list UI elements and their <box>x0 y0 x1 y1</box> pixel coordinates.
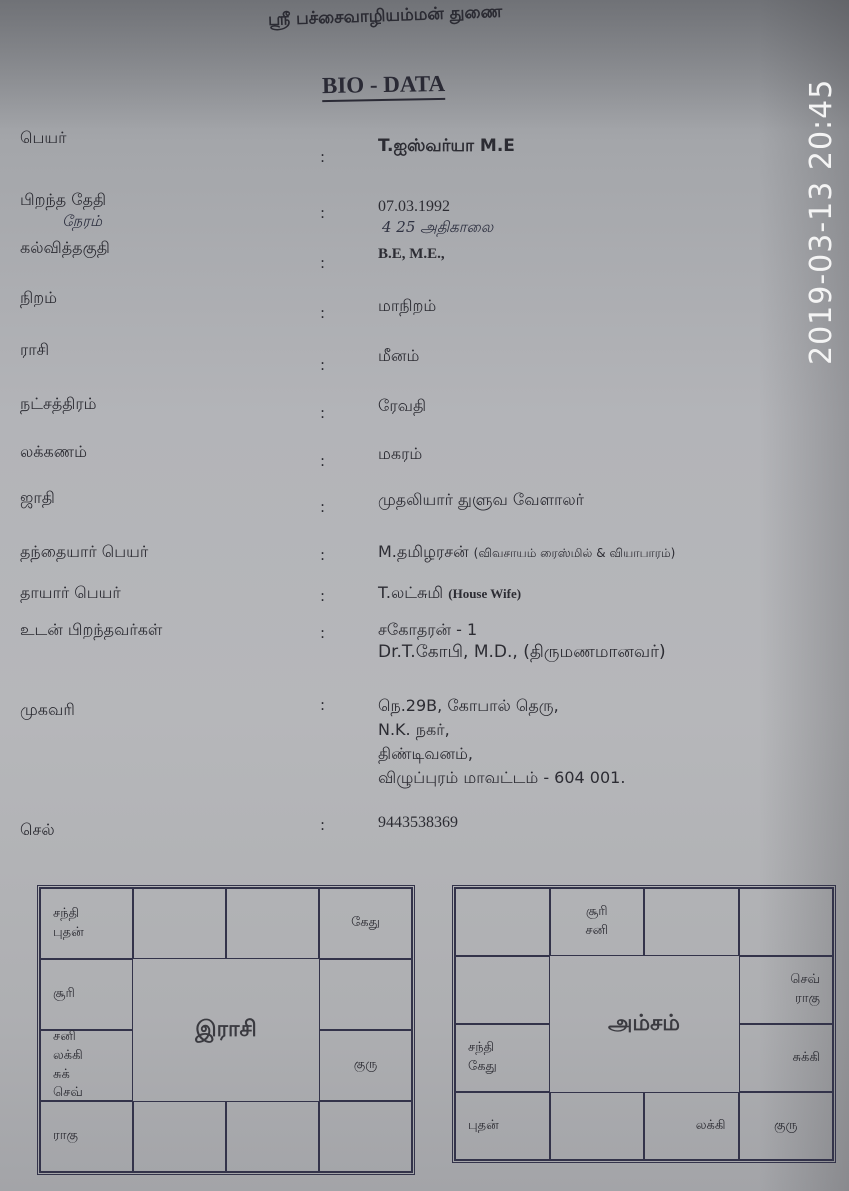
field-value: B.E, M.E., <box>378 246 445 263</box>
field-value: ரேவதி <box>378 396 426 417</box>
field-label: நட்சத்திரம் <box>20 394 97 415</box>
field-label: கல்வித்தகுதி <box>20 238 110 259</box>
planet-label: புதன் <box>468 1117 499 1136</box>
field-colon: : <box>320 148 325 166</box>
house-bottom-1: புதன் <box>455 1092 550 1160</box>
field-star: நட்சத்திரம் : ரேவதி <box>0 394 780 424</box>
handwritten-time-label: நேரம் <box>62 212 102 232</box>
field-label: நிறம் <box>20 288 57 309</box>
field-colon: : <box>320 587 325 605</box>
planet-label: சூரி <box>586 903 608 922</box>
field-dob: பிறந்த தேதி : 07.03.1992 <box>0 190 780 220</box>
planet-label: லக்கி <box>53 1047 83 1066</box>
planet-label: குரு <box>354 1056 378 1075</box>
house-right-1 <box>319 959 412 1030</box>
house-top-1: சந்திபுதன் <box>40 888 133 959</box>
field-label: பிறந்த தேதி <box>20 190 106 211</box>
field-lagnam: லக்கணம் : மகரம் <box>0 442 780 472</box>
house-top-4 <box>739 888 834 956</box>
field-label: லக்கணம் <box>20 442 87 463</box>
house-right-2: சுக்கி <box>739 1024 834 1092</box>
planet-label: குரு <box>774 1117 798 1136</box>
field-label: தந்தையார் பெயர் <box>20 542 148 563</box>
mother-occupation: (House Wife) <box>448 586 521 601</box>
address-line: திண்டிவனம், <box>378 744 473 765</box>
field-label: ராசி <box>20 340 49 361</box>
field-label: தாயார் பெயர் <box>20 583 121 604</box>
field-education: கல்வித்தகுதி : B.E, M.E., <box>0 238 780 268</box>
field-value: M.தமிழரசன் (விவசாயம் ரைஸ்மில் & வியாபாரம… <box>378 542 675 563</box>
field-siblings: உடன் பிறந்தவர்கள் : சகோதரன் - 1 Dr.T.கோப… <box>0 620 780 670</box>
planet-label: சுக்கி <box>793 1049 820 1068</box>
chart-title: அம்சம் <box>550 956 739 1092</box>
planet-label: செவ் <box>790 971 820 990</box>
house-bottom-4: குரு <box>739 1092 834 1160</box>
house-left-2: சனிலக்கிசுக்செவ் <box>40 1030 133 1101</box>
house-bottom-2 <box>550 1092 645 1160</box>
planet-label: புதன் <box>53 924 84 943</box>
field-colon: : <box>320 404 325 422</box>
planet-label: கேது <box>351 914 380 933</box>
planet-label: சனி <box>585 922 608 941</box>
house-top-2: சூரிசனி <box>550 888 645 956</box>
father-name: M.தமிழரசன் <box>378 542 469 561</box>
house-right-1: செவ்ராகு <box>739 956 834 1024</box>
field-rasi: ராசி : மீனம் <box>0 340 780 370</box>
planet-label: சூரி <box>53 985 75 1004</box>
field-colon: : <box>320 304 325 322</box>
amsam-chart: சூரிசனிசந்திகேதுசெவ்ராகுசுக்கிபுதன்லக்கி… <box>452 885 836 1163</box>
planet-label: கேது <box>468 1058 497 1077</box>
planet-label: சனி <box>53 1028 76 1047</box>
field-value-line2: Dr.T.கோபி, M.D., (திருமணமானவர்) <box>378 642 666 664</box>
planet-label: சந்தி <box>53 905 79 924</box>
planet-label: சந்தி <box>468 1039 494 1058</box>
field-colon: : <box>320 204 325 222</box>
field-value: மகரம் <box>378 444 422 465</box>
field-mother: தாயார் பெயர் : T.லட்சுமி (House Wife) <box>0 583 780 613</box>
field-father: தந்தையார் பெயர் : M.தமிழரசன் (விவசாயம் ர… <box>0 542 780 572</box>
house-left-1 <box>455 956 550 1024</box>
father-occupation: (விவசாயம் ரைஸ்மில் & வியாபாரம்) <box>474 546 676 560</box>
house-top-3 <box>226 888 319 959</box>
field-colon: : <box>320 356 325 374</box>
field-colon: : <box>320 498 325 516</box>
field-label: முகவரி <box>20 700 75 721</box>
field-colon: : <box>320 452 325 470</box>
field-colon: : <box>320 254 325 272</box>
mother-name: T.லட்சுமி <box>378 583 443 602</box>
address-line: விழுப்புரம் மாவட்டம் - 604 001. <box>378 768 625 789</box>
field-value: 9443538369 <box>378 814 458 832</box>
house-left-2: சந்திகேது <box>455 1024 550 1092</box>
house-bottom-4 <box>319 1101 412 1172</box>
planet-label: ராகு <box>795 990 820 1009</box>
field-complexion: நிறம் : மாநிறம் <box>0 288 780 318</box>
house-top-2 <box>133 888 226 959</box>
house-top-1 <box>455 888 550 956</box>
house-bottom-2 <box>133 1101 226 1172</box>
field-value: முதலியார் துளுவ வேளாலர் <box>378 490 584 511</box>
field-label: ஜாதி <box>20 488 55 509</box>
address-line: நெ.29B, கோபால் தெரு, <box>378 696 559 717</box>
house-bottom-3: லக்கி <box>644 1092 739 1160</box>
field-caste: ஜாதி : முதலியார் துளுவ வேளாலர் <box>0 488 780 518</box>
house-top-3 <box>644 888 739 956</box>
invocation-line: ஸ்ரீ பச்சைவாழியம்மன் துணை <box>268 2 503 32</box>
field-cell: செல் : 9443538369 <box>0 814 780 844</box>
handwritten-time-value: 4 25 அதிகாலை <box>382 218 493 238</box>
field-address: முகவரி : நெ.29B, கோபால் தெரு, N.K. நகர்,… <box>0 696 780 796</box>
address-line: N.K. நகர், <box>378 720 450 741</box>
house-bottom-3 <box>226 1101 319 1172</box>
field-value: T.லட்சுமி (House Wife) <box>378 583 521 604</box>
chart-title: இராசி <box>133 959 319 1101</box>
field-value: 07.03.1992 <box>378 198 450 216</box>
field-colon: : <box>320 816 325 834</box>
field-colon: : <box>320 696 325 714</box>
house-right-2: குரு <box>319 1030 412 1101</box>
rasi-chart: சந்திபுதன்கேதுசூரிசனிலக்கிசுக்செவ்குருரா… <box>37 885 415 1175</box>
field-name: பெயர் : T.ஐஸ்வர்யா M.E <box>0 128 780 158</box>
planet-label: ராகு <box>53 1127 78 1146</box>
house-left-1: சூரி <box>40 959 133 1030</box>
field-colon: : <box>320 546 325 564</box>
house-top-4: கேது <box>319 888 412 959</box>
planet-label: சுக் <box>53 1066 70 1085</box>
field-value: T.ஐஸ்வர்யா M.E <box>378 136 515 158</box>
house-bottom-1: ராகு <box>40 1101 133 1172</box>
field-label: பெயர் <box>20 128 66 149</box>
field-label: உடன் பிறந்தவர்கள் <box>20 620 162 641</box>
field-colon: : <box>320 624 325 642</box>
camera-timestamp: 2019-03-13 20:45 <box>804 79 839 365</box>
document-title: BIO - DATA <box>322 71 446 102</box>
field-value: சகோதரன் - 1 <box>378 620 477 641</box>
field-label: செல் <box>20 820 55 841</box>
field-value: மாநிறம் <box>378 296 436 317</box>
planet-label: லக்கி <box>696 1117 726 1136</box>
field-value: மீனம் <box>378 346 419 367</box>
